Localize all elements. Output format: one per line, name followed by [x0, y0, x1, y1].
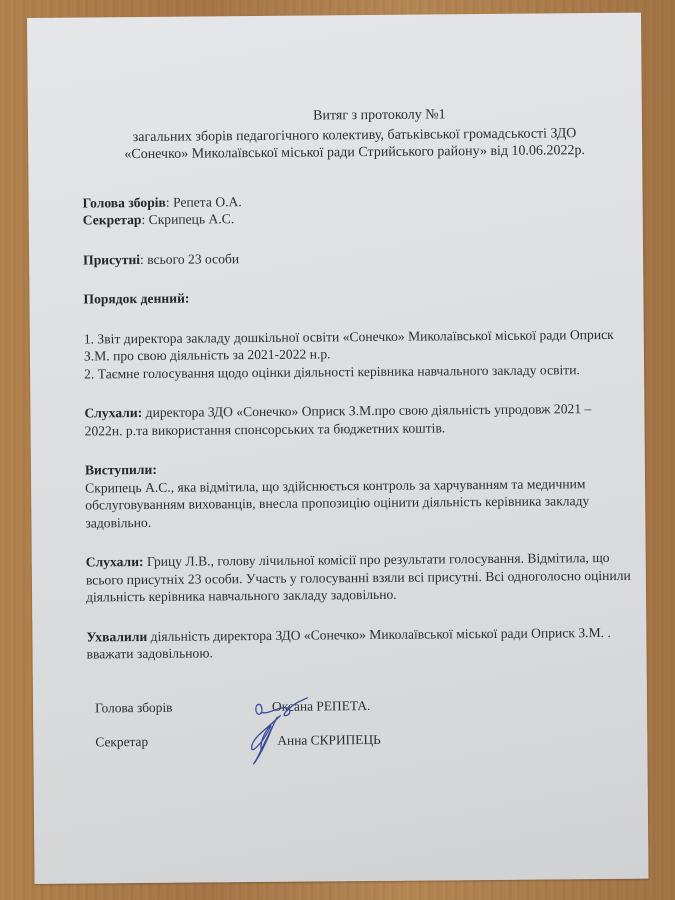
- subtitle-line-2: «Сонечко» Миколаївської міської ради Стр…: [124, 143, 585, 162]
- heard-section-1: Слухали: директора ЗДО «Сонечко» Оприск …: [84, 400, 629, 440]
- heard-2-label: Слухали:: [86, 554, 144, 570]
- chair-line: Голова зборів: Репета О.А. Секретар: Скр…: [83, 189, 628, 229]
- secretary-label: Секретар: [83, 212, 142, 228]
- agenda-item-2: 2. Таємне голосування щодо оцінки діяльн…: [84, 362, 580, 381]
- signature-role-chair: Голова зборів: [95, 698, 173, 716]
- present-label: Присутні: [83, 252, 140, 267]
- agenda-items: 1. Звіт директора закладу дошкільної осв…: [84, 325, 629, 382]
- heard-section-2: Слухали: Грицу Л.В., голову лічильної ко…: [86, 549, 631, 606]
- resolved-section: Ухвалили діяльність директора ЗДО «Сонеч…: [86, 623, 631, 663]
- chair-label: Голова зборів: [83, 194, 166, 210]
- document-subtitle: загальних зборів педагогічного колективу…: [82, 124, 627, 164]
- spoke-text: Скрипець А.С., яка відмітила, що здійсню…: [85, 476, 589, 530]
- signature-block: Голова зборів Оксана РЕПЕТА. Секретар Ан…: [87, 694, 633, 759]
- document-content: Витяг з протоколу №1 загальних зборів пе…: [82, 105, 633, 759]
- document-paper: Витяг з протоколу №1 загальних зборів пе…: [27, 13, 649, 884]
- present-line: Присутні: всього 23 особи: [83, 246, 628, 268]
- heard-1-text: директора ЗДО «Сонечко» Оприск З.М.про с…: [85, 401, 592, 438]
- signature-row-chair: Голова зборів Оксана РЕПЕТА.: [87, 694, 632, 725]
- secretary-value: : Скрипець А.С.: [141, 211, 234, 227]
- heard-2-text: Грицу Л.В., голову лічильної комісії про…: [86, 550, 631, 605]
- signature-row-secretary: Секретар Анна СКРИПЕЦЬ: [87, 728, 632, 759]
- agenda-heading-text: Порядок денний:: [83, 291, 189, 307]
- handwritten-signature-icon: [237, 685, 318, 776]
- agenda-heading: Порядок денний:: [83, 286, 628, 308]
- signature-role-secretary: Секретар: [95, 732, 148, 750]
- agenda-item-1: 1. Звіт директора закладу дошкільної осв…: [84, 326, 614, 363]
- spoke-section: Виступили: Скрипець А.С., яка відмітила,…: [85, 457, 631, 532]
- document-title: Витяг з протоколу №1: [82, 105, 627, 127]
- resolved-text: діяльність директора ЗДО «Сонечко» Микол…: [86, 624, 610, 661]
- chair-value: : Репета О.А.: [166, 194, 242, 210]
- subtitle-line-1: загальних зборів педагогічного колективу…: [133, 126, 577, 145]
- present-value: : всього 23 особи: [140, 251, 239, 267]
- heard-1-label: Слухали:: [84, 405, 142, 421]
- spoke-label: Виступили:: [85, 462, 157, 478]
- resolved-label: Ухвалили: [86, 628, 147, 644]
